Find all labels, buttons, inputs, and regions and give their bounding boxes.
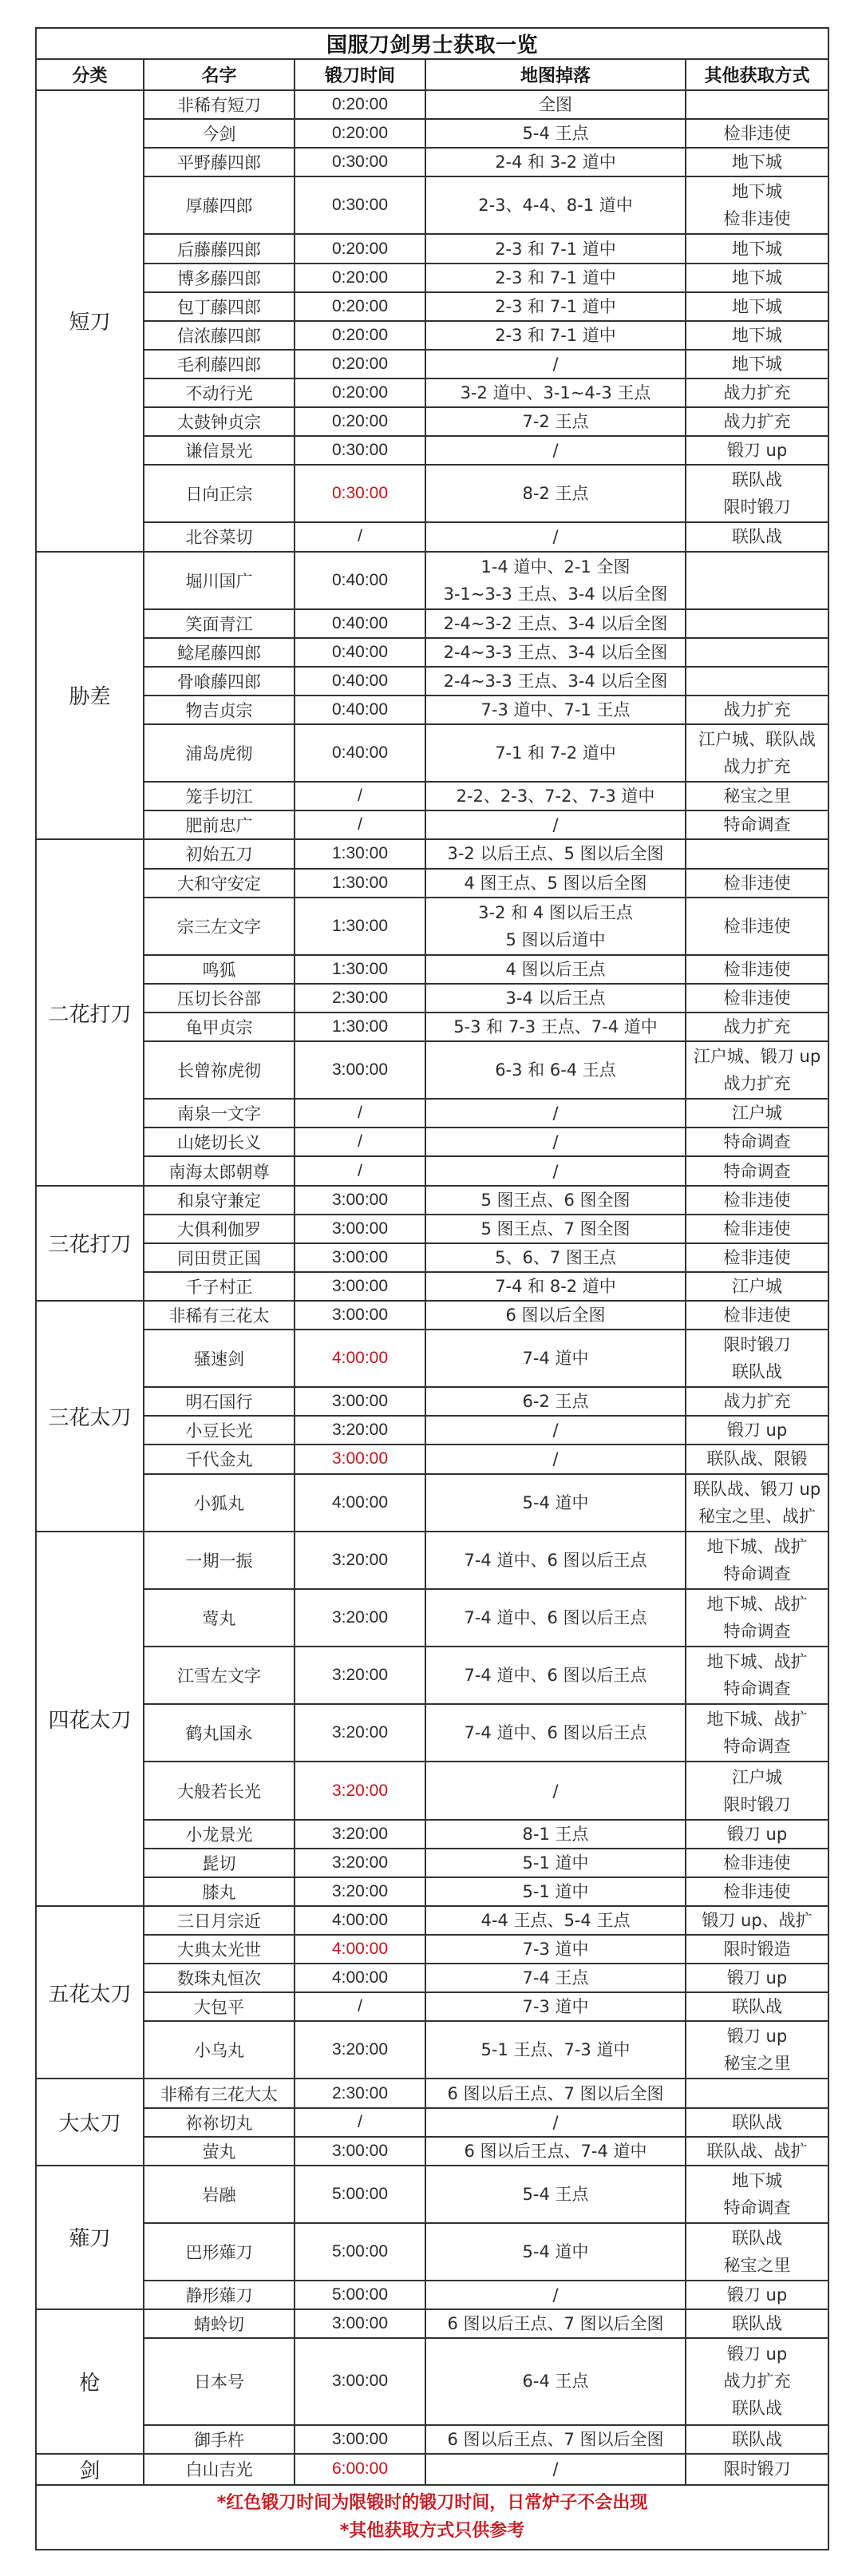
cell-forge-time: 0:30:00 <box>295 176 425 234</box>
table-row: 五花太刀三日月宗近4:00:004-4 王点、5-4 王点锻刀 up、战扩 <box>36 1906 828 1935</box>
column-header-category: 分类 <box>36 59 144 90</box>
cell-other-methods: 锻刀 up <box>686 1416 828 1445</box>
cell-map-drop: 2-4 和 3-2 道中 <box>425 148 686 176</box>
cell-map-drop: 1-4 道中、2-1 全图3-1~3-3 王点、3-4 以后全图 <box>425 552 686 609</box>
table-row: 笑面青江0:40:002-4~3-2 王点、3-4 以后全图 <box>36 609 828 638</box>
cell-name: 压切长谷部 <box>144 984 295 1013</box>
cell-forge-time: / <box>295 1992 425 2021</box>
cell-other-methods: 战力扩充 <box>686 1013 828 1041</box>
map-drop-line: 3-2 以后王点、5 图以后全图 <box>426 840 685 867</box>
cell-name: 明石国行 <box>144 1387 295 1416</box>
column-header-map-drop: 地图掉落 <box>425 59 686 90</box>
map-drop-line: 8-1 王点 <box>426 1821 685 1848</box>
cell-other-methods: 检非违使 <box>686 1877 828 1906</box>
cell-forge-time: 3:00:00 <box>295 1445 425 1473</box>
cell-forge-time: 1:30:00 <box>295 869 425 898</box>
cell-other-methods: 江户城 <box>686 1099 828 1127</box>
table-row: 千子村正3:00:007-4 和 8-2 道中江户城 <box>36 1272 828 1301</box>
cell-name: 肥前忠广 <box>144 810 295 839</box>
cell-map-drop: 7-3 道中、7-1 王点 <box>425 696 686 724</box>
cell-forge-time: 0:30:00 <box>295 465 425 522</box>
cell-forge-time: 3:20:00 <box>295 1877 425 1906</box>
map-drop-line: 5-4 道中 <box>426 2238 685 2265</box>
other-method-line: 锻刀 up <box>686 437 828 464</box>
table-row: 谦信景光0:30:00/锻刀 up <box>36 436 828 465</box>
other-method-line: 联队战 <box>686 2310 828 2337</box>
cell-map-drop: 2-3 和 7-1 道中 <box>425 321 686 350</box>
map-drop-line: 5-4 王点 <box>426 2181 685 2208</box>
cell-other-methods: 联队战限时锻刀 <box>686 465 828 522</box>
cell-name: 三日月宗近 <box>144 1906 295 1935</box>
cell-map-drop: 7-4 道中 <box>425 1330 686 1387</box>
cell-name: 萤丸 <box>144 2137 295 2166</box>
cell-other-methods: 联队战、战扩 <box>686 2137 828 2166</box>
table-row: 萤丸3:00:006 图以后王点、7-4 道中联队战、战扩 <box>36 2137 828 2166</box>
other-method-line: 检非违使 <box>686 1302 828 1329</box>
map-drop-line: 5-3 和 7-3 王点、7-4 道中 <box>426 1013 685 1040</box>
cell-forge-time: 1:30:00 <box>295 1013 425 1041</box>
cell-other-methods <box>686 839 828 868</box>
other-method-line: 江户城 <box>686 1273 828 1300</box>
map-drop-line: / <box>426 2109 685 2136</box>
cell-map-drop: 3-2 和 4 图以后王点5 图以后道中 <box>425 898 686 955</box>
map-drop-line: 7-1 和 7-2 道中 <box>426 739 685 767</box>
cell-map-drop: / <box>425 810 686 839</box>
cell-map-drop: 5 图王点、6 图全图 <box>425 1186 686 1215</box>
other-method-line: 锻刀 up <box>686 2281 828 2308</box>
map-drop-line: 7-3 道中 <box>426 1993 685 2020</box>
cell-name: 膝丸 <box>144 1877 295 1906</box>
cell-map-drop: / <box>425 350 686 378</box>
cell-forge-time: 0:40:00 <box>295 552 425 609</box>
other-method-line: 地下城 <box>686 236 828 263</box>
category-cell: 枪 <box>36 2309 144 2453</box>
table-row: 大俱利伽罗3:00:005 图王点、7 图全图检非违使 <box>36 1215 828 1243</box>
cell-name: 笼手切江 <box>144 782 295 810</box>
cell-other-methods: 检非违使 <box>686 1215 828 1243</box>
cell-other-methods: 锻刀 up秘宝之里 <box>686 2021 828 2079</box>
cell-map-drop: 3-4 以后王点 <box>425 984 686 1013</box>
cell-other-methods: 锻刀 up <box>686 436 828 465</box>
cell-name: 同田贯正国 <box>144 1243 295 1272</box>
table-row: 长曾祢虎彻3:00:006-3 和 6-4 王点江户城、锻刀 up战力扩充 <box>36 1041 828 1099</box>
cell-name: 小狐丸 <box>144 1474 295 1532</box>
cell-forge-time: / <box>295 810 425 839</box>
title-row: 国服刀剑男士获取一览 <box>36 28 828 59</box>
cell-map-drop: 7-1 和 7-2 道中 <box>425 724 686 782</box>
other-method-line: 检非违使 <box>686 985 828 1012</box>
cell-name: 巴形薙刀 <box>144 2223 295 2281</box>
map-drop-line: 2-4~3-3 王点、3-4 以后全图 <box>426 668 685 695</box>
other-method-line: 地下城、战扩 <box>686 1591 828 1618</box>
cell-name: 蜻蛉切 <box>144 2309 295 2338</box>
cell-forge-time: 0:20:00 <box>295 90 425 119</box>
cell-map-drop: 6 图以后全图 <box>425 1301 686 1330</box>
table-row: 枪蜻蛉切3:00:006 图以后王点、7 图以后全图联队战 <box>36 2309 828 2338</box>
cell-forge-time: 0:40:00 <box>295 609 425 638</box>
cell-name: 千子村正 <box>144 1272 295 1301</box>
other-method-line: 江户城、锻刀 up <box>686 1043 828 1070</box>
cell-other-methods: 地下城检非违使 <box>686 176 828 234</box>
other-method-line: 地下城 <box>686 293 828 320</box>
table-row: 大太刀非稀有三花大太2:30:006 图以后王点、7 图以后全图 <box>36 2079 828 2107</box>
table-row: 祢祢切丸//联队战 <box>36 2108 828 2137</box>
map-drop-line: 3-2 和 4 图以后王点 <box>426 899 685 926</box>
cell-map-drop: 3-2 道中、3-1~4-3 王点 <box>425 378 686 407</box>
cell-name: 龟甲贞宗 <box>144 1013 295 1041</box>
table-row: 髭切3:20:005-1 道中检非违使 <box>36 1849 828 1877</box>
other-method-line: 检非违使 <box>686 205 828 232</box>
other-method-line: 地下城 <box>686 351 828 378</box>
cell-forge-time: 3:20:00 <box>295 1820 425 1849</box>
other-method-line: 联队战 <box>686 1993 828 2020</box>
other-method-line: 检非违使 <box>686 1878 828 1905</box>
cell-name: 平野藤四郎 <box>144 148 295 176</box>
cell-name: 笑面青江 <box>144 609 295 638</box>
other-method-line: 地下城 <box>686 322 828 349</box>
column-header-forge-time: 锻刀时间 <box>295 59 425 90</box>
cell-other-methods <box>686 667 828 696</box>
cell-name: 岩融 <box>144 2166 295 2223</box>
cell-name: 日本号 <box>144 2338 295 2424</box>
cell-name: 山姥切长义 <box>144 1127 295 1156</box>
cell-other-methods: 限时锻刀联队战 <box>686 1330 828 1387</box>
cell-name: 今剑 <box>144 119 295 148</box>
cell-forge-time: / <box>295 1156 425 1185</box>
sword-acquisition-table: 国服刀剑男士获取一览 分类 名字 锻刀时间 地图掉落 其他获取方式 短刀非稀有短… <box>35 27 829 2550</box>
cell-forge-time: 0:20:00 <box>295 378 425 407</box>
table-row: 太鼓钟贞宗0:20:007-2 王点战力扩充 <box>36 407 828 436</box>
other-method-line: 检非违使 <box>686 956 828 983</box>
cell-forge-time: 3:00:00 <box>295 2338 425 2424</box>
cell-map-drop: 5-1 道中 <box>425 1849 686 1877</box>
other-method-line: 锻刀 up <box>686 1821 828 1848</box>
table-row: 明石国行3:00:006-2 王点战力扩充 <box>36 1387 828 1416</box>
cell-other-methods: 检非违使 <box>686 984 828 1013</box>
cell-other-methods: 地下城 <box>686 148 828 176</box>
cell-forge-time: 0:20:00 <box>295 321 425 350</box>
cell-name: 谦信景光 <box>144 436 295 465</box>
cell-map-drop: 7-2 王点 <box>425 407 686 436</box>
category-cell: 二花打刀 <box>36 839 144 1185</box>
other-method-line: 地下城 <box>686 264 828 291</box>
other-method-line: 战力扩充 <box>686 1388 828 1415</box>
table-row: 短刀非稀有短刀0:20:00全图 <box>36 90 828 119</box>
table-row: 浦岛虎彻0:40:007-1 和 7-2 道中江户城、联队战战力扩充 <box>36 724 828 782</box>
cell-map-drop: 8-2 王点 <box>425 465 686 522</box>
table-row: 鸣狐1:30:004 图以后王点检非违使 <box>36 955 828 984</box>
cell-name: 大包平 <box>144 1992 295 2021</box>
cell-other-methods <box>686 609 828 638</box>
cell-forge-time: 0:40:00 <box>295 696 425 724</box>
cell-other-methods: 检非违使 <box>686 898 828 955</box>
cell-forge-time: 0:20:00 <box>295 119 425 148</box>
map-drop-line: 6 图以后王点、7 图以后全图 <box>426 2426 685 2453</box>
cell-forge-time: 3:00:00 <box>295 1301 425 1330</box>
other-method-line: 地下城 <box>686 2167 828 2194</box>
table-body: 短刀非稀有短刀0:20:00全图今剑0:20:005-4 王点检非违使平野藤四郎… <box>36 90 828 2485</box>
cell-other-methods: 地下城、战扩特命调查 <box>686 1532 828 1589</box>
cell-map-drop: 5-4 王点 <box>425 2166 686 2223</box>
cell-forge-time: 3:00:00 <box>295 1272 425 1301</box>
map-drop-line: 7-2 王点 <box>426 408 685 435</box>
cell-forge-time: 5:00:00 <box>295 2166 425 2223</box>
cell-forge-time: 3:00:00 <box>295 1041 425 1099</box>
cell-forge-time: 3:00:00 <box>295 1186 425 1215</box>
cell-map-drop: 7-4 和 8-2 道中 <box>425 1272 686 1301</box>
other-method-line: 检非违使 <box>686 870 828 897</box>
map-drop-line: 6-3 和 6-4 王点 <box>426 1056 685 1084</box>
other-method-line: 联队战 <box>686 1358 828 1385</box>
cell-other-methods: 特命调查 <box>686 1127 828 1156</box>
cell-map-drop: 5-1 道中 <box>425 1877 686 1906</box>
cell-other-methods: 战力扩充 <box>686 1387 828 1416</box>
cell-name: 厚藤四郎 <box>144 176 295 234</box>
header-row: 分类 名字 锻刀时间 地图掉落 其他获取方式 <box>36 59 828 90</box>
other-method-line: 特命调查 <box>686 1618 828 1645</box>
other-method-line: 特命调查 <box>686 1560 828 1587</box>
cell-name: 静形薙刀 <box>144 2281 295 2309</box>
table-row: 同田贯正国3:00:005、6、7 图王点检非违使 <box>36 1243 828 1272</box>
map-drop-line: 2-4 和 3-2 道中 <box>426 149 685 176</box>
cell-forge-time: 4:00:00 <box>295 1906 425 1935</box>
table-row: 今剑0:20:005-4 王点检非违使 <box>36 119 828 148</box>
map-drop-line: 2-4~3-2 王点、3-4 以后全图 <box>426 610 685 637</box>
cell-forge-time: 5:00:00 <box>295 2281 425 2309</box>
cell-other-methods: 检非违使 <box>686 1243 828 1272</box>
cell-forge-time: 0:40:00 <box>295 724 425 782</box>
column-header-name: 名字 <box>144 59 295 90</box>
cell-map-drop: 7-4 道中、6 图以后王点 <box>425 1647 686 1704</box>
cell-forge-time: 3:00:00 <box>295 2425 425 2454</box>
cell-other-methods: 联队战 <box>686 2425 828 2454</box>
map-drop-line: 6-2 王点 <box>426 1388 685 1415</box>
map-drop-line: 4 图以后王点 <box>426 956 685 983</box>
category-cell: 短刀 <box>36 90 144 552</box>
note-reference-only: *其他获取方式只供参考 <box>37 2517 828 2545</box>
other-method-line: 检非违使 <box>686 1215 828 1242</box>
table-row: 数珠丸恒次4:00:007-4 王点锻刀 up <box>36 1964 828 1992</box>
cell-other-methods: 检非违使 <box>686 869 828 898</box>
cell-other-methods: 联队战秘宝之里 <box>686 2223 828 2281</box>
map-drop-line: 7-4 道中、6 图以后王点 <box>426 1547 685 1574</box>
other-method-line: 检非违使 <box>686 1849 828 1877</box>
other-method-line: 特命调查 <box>686 1158 828 1185</box>
cell-other-methods: 江户城限时锻刀 <box>686 1762 828 1819</box>
cell-map-drop: 7-3 道中 <box>425 1992 686 2021</box>
cell-name: 小龙景光 <box>144 1820 295 1849</box>
cell-name: 后藤藤四郎 <box>144 234 295 263</box>
table-row: 南海太郎朝尊//特命调查 <box>36 1156 828 1185</box>
other-method-line: 锻刀 up <box>686 2340 828 2368</box>
map-drop-line: 2-3 和 7-1 道中 <box>426 322 685 349</box>
cell-map-drop: 2-4~3-3 王点、3-4 以后全图 <box>425 638 686 667</box>
map-drop-line: / <box>426 1100 685 1127</box>
table-row: 膝丸3:20:005-1 道中检非违使 <box>36 1877 828 1906</box>
cell-name: 鹤丸国永 <box>144 1704 295 1762</box>
map-drop-line: / <box>426 1445 685 1472</box>
cell-name: 骨喰藤四郎 <box>144 667 295 696</box>
cell-map-drop: 3-2 以后王点、5 图以后全图 <box>425 839 686 868</box>
map-drop-line: 3-4 以后王点 <box>426 985 685 1012</box>
map-drop-line: 4 图王点、5 图以后全图 <box>426 870 685 897</box>
other-method-line: 江户城、联队战 <box>686 726 828 753</box>
map-drop-line: 6-4 王点 <box>426 2368 685 2395</box>
cell-forge-time: 2:30:00 <box>295 984 425 1013</box>
cell-map-drop: 5-4 道中 <box>425 2223 686 2281</box>
other-method-line: 检非违使 <box>686 913 828 940</box>
cell-map-drop: 4-4 王点、5-4 王点 <box>425 1906 686 1935</box>
cell-name: 南泉一文字 <box>144 1099 295 1127</box>
cell-map-drop: 6-2 王点 <box>425 1387 686 1416</box>
cell-name: 初始五刀 <box>144 839 295 868</box>
cell-forge-time: 3:20:00 <box>295 1589 425 1647</box>
cell-name: 物吉贞宗 <box>144 696 295 724</box>
cell-other-methods: 联队战 <box>686 1992 828 2021</box>
map-drop-line: 3-2 道中、3-1~4-3 王点 <box>426 379 685 406</box>
table-row: 大典太光世4:00:007-3 道中限时锻造 <box>36 1935 828 1964</box>
cell-forge-time: 4:00:00 <box>295 1474 425 1532</box>
other-method-line: 战力扩充 <box>686 1013 828 1040</box>
cell-name: 非稀有短刀 <box>144 90 295 119</box>
other-method-line: 联队战 <box>686 2225 828 2252</box>
other-method-line: 锻刀 up <box>686 1964 828 1991</box>
cell-map-drop: 2-3 和 7-1 道中 <box>425 234 686 263</box>
cell-map-drop: / <box>425 1762 686 1819</box>
cell-map-drop: / <box>425 1156 686 1185</box>
map-drop-line: 5-1 道中 <box>426 1878 685 1905</box>
other-method-line: 秘宝之里 <box>686 2252 828 2279</box>
other-method-line: 联队战 <box>686 2395 828 2422</box>
column-header-other-methods: 其他获取方式 <box>686 59 828 90</box>
cell-map-drop: 7-4 道中、6 图以后王点 <box>425 1704 686 1762</box>
cell-forge-time: 0:40:00 <box>295 667 425 696</box>
other-method-line: 联队战 <box>686 2109 828 2136</box>
category-cell: 剑 <box>36 2454 144 2485</box>
map-drop-line: 8-2 王点 <box>426 480 685 507</box>
cell-other-methods: 江户城、联队战战力扩充 <box>686 724 828 782</box>
cell-name: 江雪左文字 <box>144 1647 295 1704</box>
table-row: 莺丸3:20:007-4 道中、6 图以后王点地下城、战扩特命调查 <box>36 1589 828 1647</box>
other-method-line: 特命调查 <box>686 811 828 838</box>
map-drop-line: / <box>426 2281 685 2308</box>
cell-map-drop: / <box>425 436 686 465</box>
cell-other-methods: 锻刀 up <box>686 1820 828 1849</box>
table-row: 鲶尾藤四郎0:40:002-4~3-3 王点、3-4 以后全图 <box>36 638 828 667</box>
table-row: 江雪左文字3:20:007-4 道中、6 图以后王点地下城、战扩特命调查 <box>36 1647 828 1704</box>
cell-name: 骚速剑 <box>144 1330 295 1387</box>
table-row: 御手杵3:00:006 图以后王点、7 图以后全图联队战 <box>36 2425 828 2454</box>
cell-forge-time: 3:20:00 <box>295 1416 425 1445</box>
cell-name: 千代金丸 <box>144 1445 295 1473</box>
other-method-line: 特命调查 <box>686 1733 828 1760</box>
cell-forge-time: / <box>295 782 425 810</box>
table-row: 鹤丸国永3:20:007-4 道中、6 图以后王点地下城、战扩特命调查 <box>36 1704 828 1762</box>
cell-other-methods: 战力扩充 <box>686 407 828 436</box>
cell-map-drop: 7-3 道中 <box>425 1935 686 1964</box>
other-method-line: 地下城、战扩 <box>686 1533 828 1560</box>
cell-other-methods: 地下城、战扩特命调查 <box>686 1589 828 1647</box>
cell-name: 鲶尾藤四郎 <box>144 638 295 667</box>
cell-other-methods: 检非违使 <box>686 1186 828 1215</box>
cell-forge-time: / <box>295 522 425 551</box>
cell-map-drop: 6-4 王点 <box>425 2338 686 2424</box>
cell-map-drop: 全图 <box>425 90 686 119</box>
table-row: 信浓藤四郎0:20:002-3 和 7-1 道中地下城 <box>36 321 828 350</box>
table-row: 薙刀岩融5:00:005-4 王点地下城特命调查 <box>36 2166 828 2223</box>
cell-other-methods: 江户城、锻刀 up战力扩充 <box>686 1041 828 1099</box>
map-drop-line: / <box>426 437 685 464</box>
cell-other-methods <box>686 552 828 609</box>
cell-map-drop: / <box>425 2281 686 2309</box>
cell-name: 祢祢切丸 <box>144 2108 295 2137</box>
table-row: 平野藤四郎0:30:002-4 和 3-2 道中地下城 <box>36 148 828 176</box>
other-method-line: 锻刀 up <box>686 1417 828 1444</box>
cell-map-drop: / <box>425 2454 686 2485</box>
table-row: 骨喰藤四郎0:40:002-4~3-3 王点、3-4 以后全图 <box>36 667 828 696</box>
footer-row: *红色锻刀时间为限锻时的锻刀时间，日常炉子不会出现 *其他获取方式只供参考 <box>36 2485 828 2550</box>
map-drop-line: 4-4 王点、5-4 王点 <box>426 1907 685 1934</box>
table-row: 山姥切长义//特命调查 <box>36 1127 828 1156</box>
cell-forge-time: 1:30:00 <box>295 955 425 984</box>
category-cell: 三花太刀 <box>36 1301 144 1532</box>
other-method-line: 联队战、战扩 <box>686 2138 828 2165</box>
cell-map-drop: 2-3 和 7-1 道中 <box>425 264 686 292</box>
table-row: 笼手切江/2-2、2-3、7-2、7-3 道中秘宝之里 <box>36 782 828 810</box>
cell-name: 莺丸 <box>144 1589 295 1647</box>
cell-forge-time: 0:20:00 <box>295 234 425 263</box>
cell-other-methods <box>686 90 828 119</box>
cell-forge-time: 3:20:00 <box>295 1704 425 1762</box>
cell-name: 太鼓钟贞宗 <box>144 407 295 436</box>
cell-other-methods: 联队战、锻刀 up秘宝之里、战扩 <box>686 1474 828 1532</box>
other-method-line: 特命调查 <box>686 1128 828 1155</box>
cell-other-methods: 地下城 <box>686 292 828 321</box>
cell-other-methods: 秘宝之里 <box>686 782 828 810</box>
map-drop-line: 7-4 道中、6 图以后王点 <box>426 1719 685 1746</box>
cell-name: 非稀有三花大太 <box>144 2079 295 2107</box>
cell-other-methods: 联队战 <box>686 2309 828 2338</box>
cell-name: 大俱利伽罗 <box>144 1215 295 1243</box>
cell-map-drop: 2-3 和 7-1 道中 <box>425 292 686 321</box>
table-row: 包丁藤四郎0:20:002-3 和 7-1 道中地下城 <box>36 292 828 321</box>
table-row: 静形薙刀5:00:00/锻刀 up <box>36 2281 828 2309</box>
map-drop-line: 全图 <box>426 91 685 118</box>
map-drop-line: / <box>426 1158 685 1185</box>
acquisition-sheet: 国服刀剑男士获取一览 分类 名字 锻刀时间 地图掉落 其他获取方式 短刀非稀有短… <box>35 27 828 2550</box>
table-row: 物吉贞宗0:40:007-3 道中、7-1 王点战力扩充 <box>36 696 828 724</box>
cell-other-methods: 联队战 <box>686 522 828 551</box>
cell-forge-time: 4:00:00 <box>295 1964 425 1992</box>
table-row: 日本号3:00:006-4 王点锻刀 up战力扩充联队战 <box>36 2338 828 2424</box>
other-method-line: 江户城 <box>686 1764 828 1791</box>
map-drop-line: 2-3 和 7-1 道中 <box>426 293 685 320</box>
category-cell: 胁差 <box>36 552 144 840</box>
other-method-line: 限时锻刀 <box>686 1331 828 1358</box>
cell-forge-time: 1:30:00 <box>295 839 425 868</box>
cell-other-methods: 限时锻造 <box>686 1935 828 1964</box>
cell-map-drop: / <box>425 1127 686 1156</box>
cell-name: 日向正宗 <box>144 465 295 522</box>
cell-other-methods: 锻刀 up、战扩 <box>686 1906 828 1935</box>
cell-forge-time: 6:00:00 <box>295 2454 425 2485</box>
table-row: 大般若长光3:20:00/江户城限时锻刀 <box>36 1762 828 1819</box>
cell-other-methods: 检非违使 <box>686 1301 828 1330</box>
map-drop-line: 5 图王点、7 图全图 <box>426 1215 685 1242</box>
cell-forge-time: 3:00:00 <box>295 2137 425 2166</box>
map-drop-line: 5-4 道中 <box>426 1489 685 1516</box>
cell-forge-time: 3:20:00 <box>295 1647 425 1704</box>
